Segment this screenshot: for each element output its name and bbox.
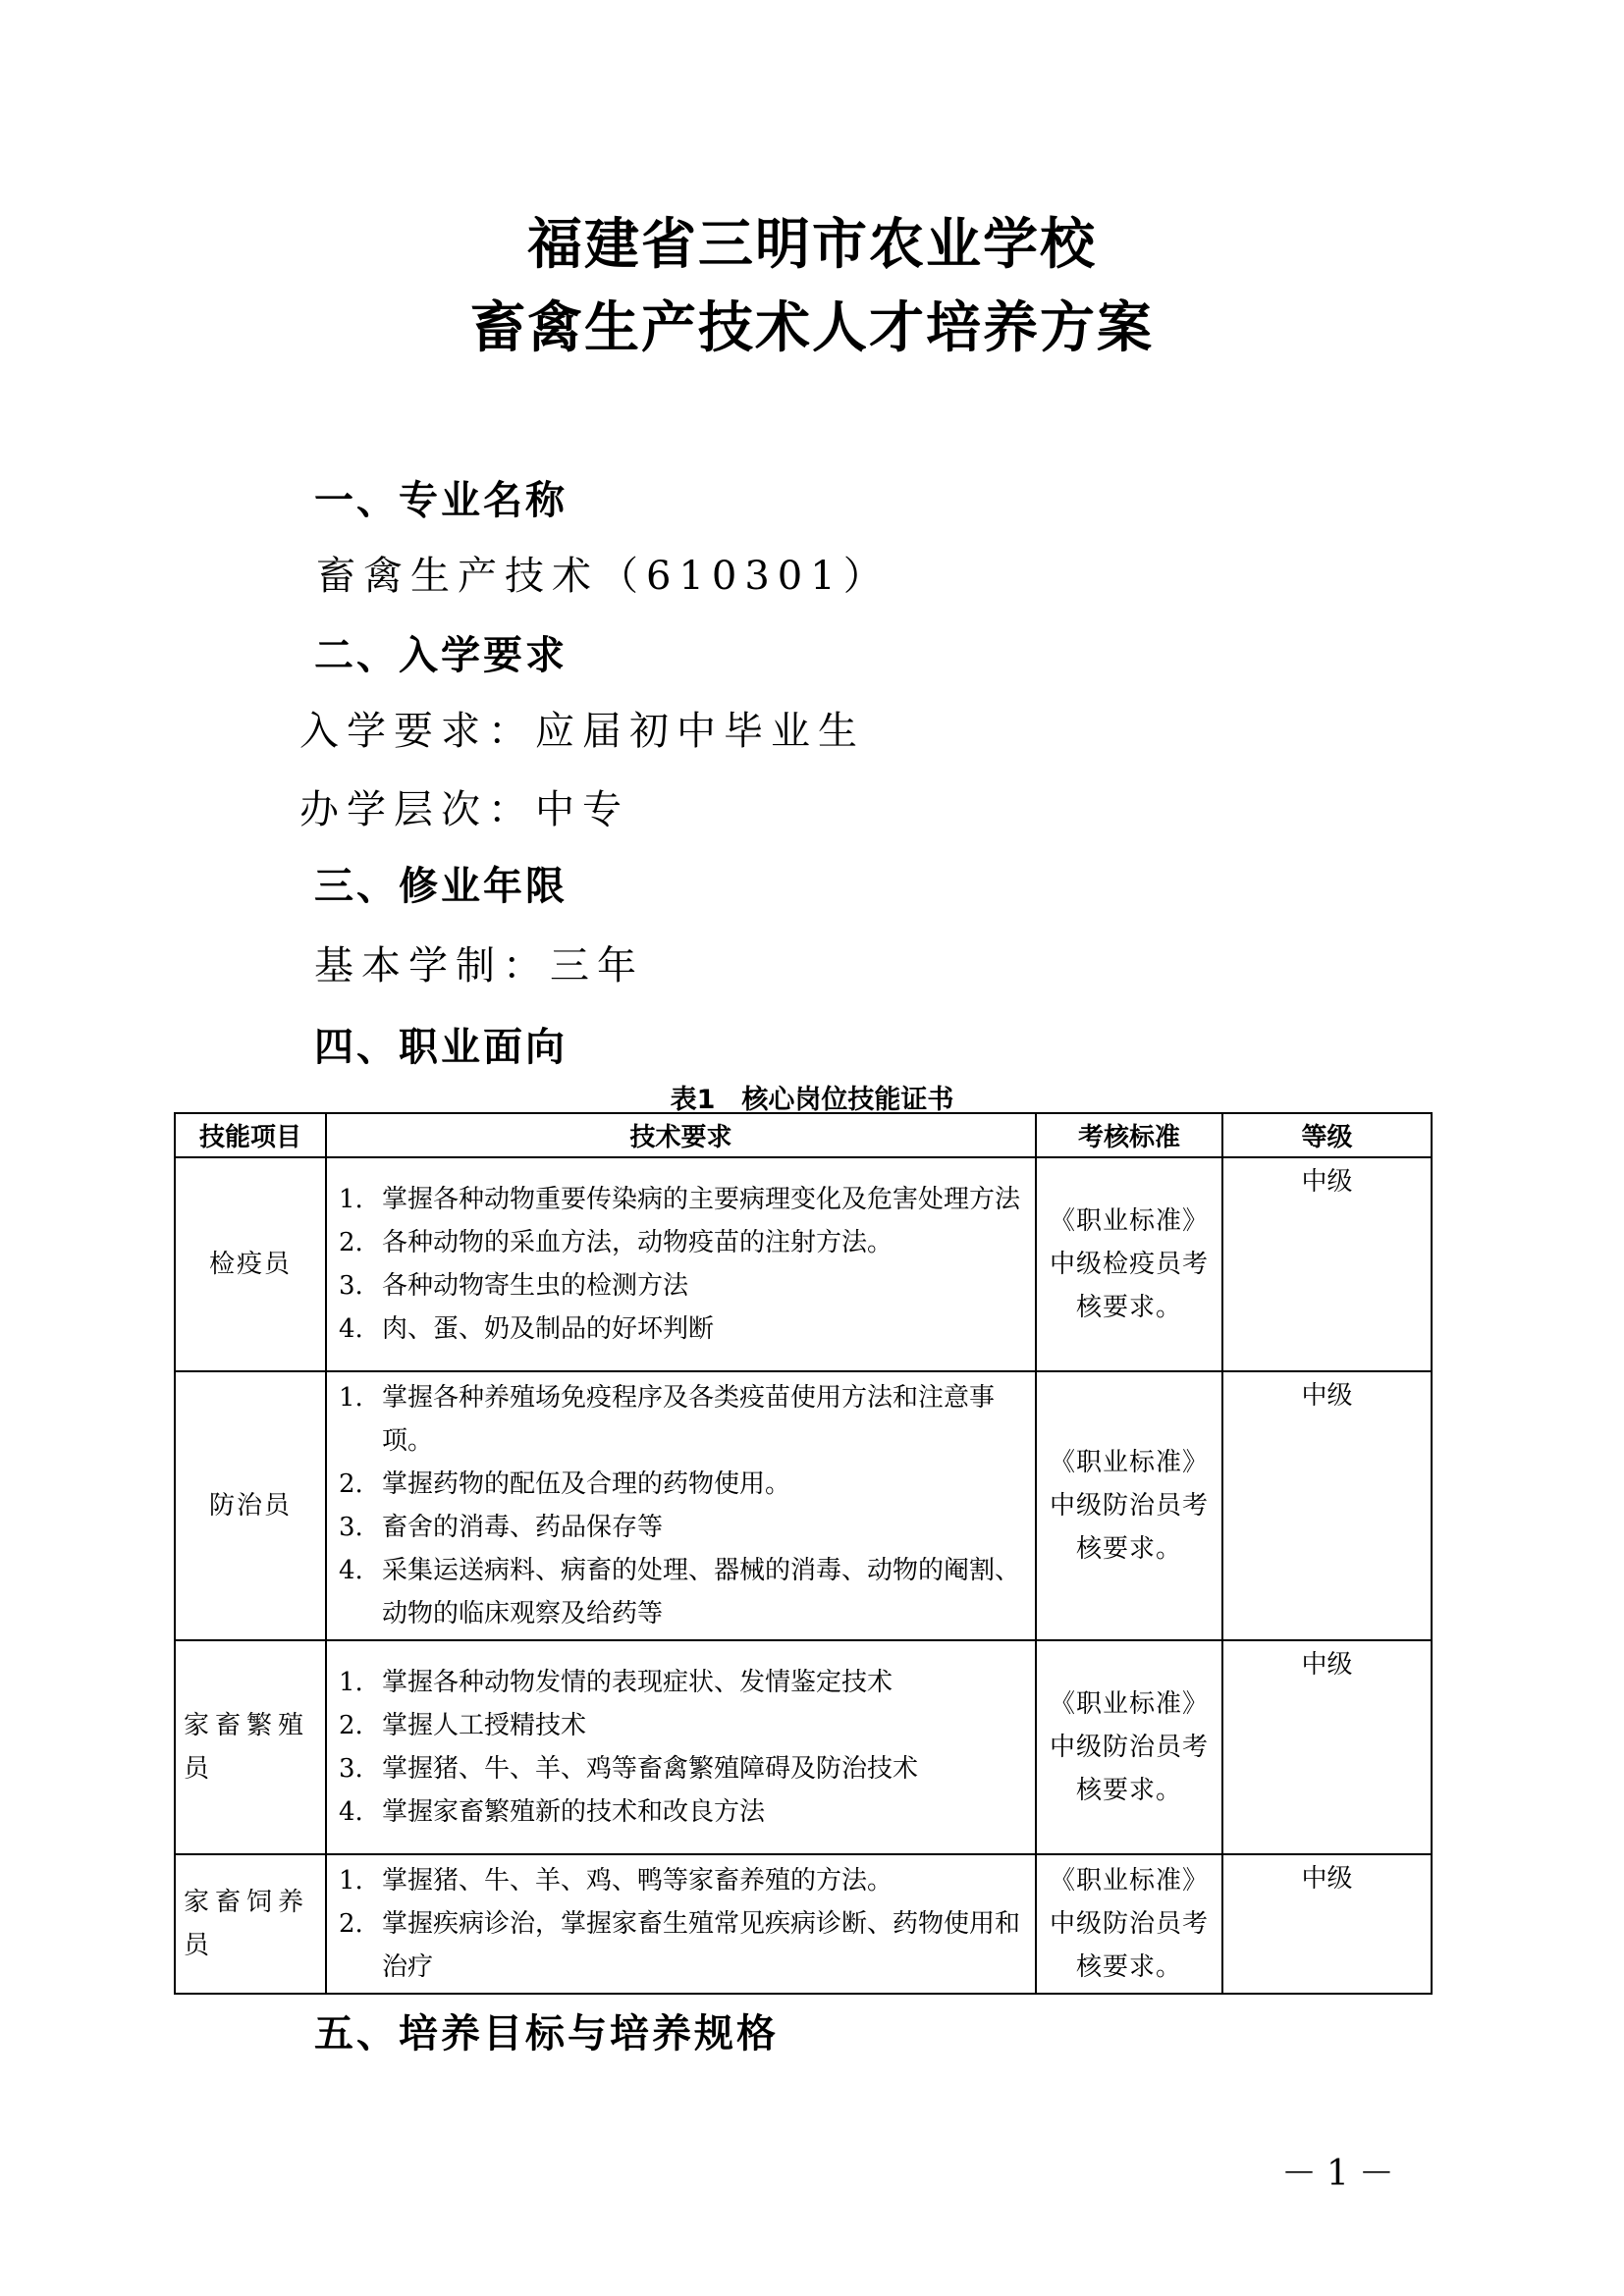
table-row: 家畜繁殖员 1.掌握各种动物发情的表现症状、发情鉴定技术 2.掌握人工授精技术 … (175, 1640, 1432, 1854)
section-heading-3: 三、修业年限 (314, 855, 568, 911)
level-cell: 中级 (1222, 1854, 1432, 1994)
requirements-cell: 1.掌握各种养殖场免疫程序及各类疫苗使用方法和注意事项。 2.掌握药物的配伍及合… (326, 1371, 1036, 1640)
header-requirements: 技术要求 (326, 1113, 1036, 1157)
table-row: 检疫员 1.掌握各种动物重要传染病的主要病理变化及危害处理方法 2.各种动物的采… (175, 1157, 1432, 1371)
requirement-item: 1.掌握猪、牛、羊、鸡、鸭等家畜养殖的方法。 (339, 1859, 1025, 1902)
section-heading-2: 二、入学要求 (314, 624, 568, 680)
requirement-item: 1.掌握各种养殖场免疫程序及各类疫苗使用方法和注意事项。 (339, 1376, 1025, 1463)
section-heading-5: 五、培养目标与培养规格 (314, 2002, 779, 2058)
standard-cell: 《职业标准》中级防治员考核要求。 (1036, 1371, 1222, 1640)
requirement-item: 4.采集运送病料、病畜的处理、器械的消毒、动物的阉割、动物的临床观察及给药等 (339, 1549, 1025, 1635)
section-text-admission: 入学要求：应届初中毕业生 (299, 700, 865, 756)
table-header-row: 技能项目 技术要求 考核标准 等级 (175, 1113, 1432, 1157)
requirements-cell: 1.掌握猪、牛、羊、鸡、鸭等家畜养殖的方法。 2.掌握疾病诊治，掌握家畜生殖常见… (326, 1854, 1036, 1994)
table-caption: 表1 核心岗位技能证书 (0, 1078, 1624, 1116)
section-text-duration: 基本学制：三年 (314, 934, 644, 990)
requirement-item: 4.肉、蛋、奶及制品的好坏判断 (339, 1308, 1025, 1351)
requirement-item: 1.掌握各种动物重要传染病的主要病理变化及危害处理方法 (339, 1178, 1025, 1221)
requirement-item: 3.各种动物寄生虫的检测方法 (339, 1264, 1025, 1308)
section-heading-1: 一、专业名称 (314, 469, 568, 525)
header-standard: 考核标准 (1036, 1113, 1222, 1157)
section-heading-4: 四、职业面向 (314, 1016, 568, 1072)
requirement-item: 3.掌握猪、牛、羊、鸡等畜禽繁殖障碍及防治技术 (339, 1747, 1025, 1790)
requirements-cell: 1.掌握各种动物重要传染病的主要病理变化及危害处理方法 2.各种动物的采血方法，… (326, 1157, 1036, 1371)
requirement-item: 2.掌握药物的配伍及合理的药物使用。 (339, 1463, 1025, 1506)
skill-cell: 防治员 (175, 1371, 326, 1640)
requirement-item: 2.各种动物的采血方法，动物疫苗的注射方法。 (339, 1221, 1025, 1264)
section-text-major: 畜禽生产技术（610301） (316, 545, 891, 601)
level-cell: 中级 (1222, 1157, 1432, 1371)
skill-cell: 检疫员 (175, 1157, 326, 1371)
header-skill: 技能项目 (175, 1113, 326, 1157)
requirement-item: 3.畜舍的消毒、药品保存等 (339, 1506, 1025, 1549)
requirement-item: 4.掌握家畜繁殖新的技术和改良方法 (339, 1790, 1025, 1834)
requirement-item: 2.掌握人工授精技术 (339, 1704, 1025, 1747)
requirement-item: 2.掌握疾病诊治，掌握家畜生殖常见疾病诊断、药物使用和治疗 (339, 1902, 1025, 1989)
table-row: 防治员 1.掌握各种养殖场免疫程序及各类疫苗使用方法和注意事项。 2.掌握药物的… (175, 1371, 1432, 1640)
level-cell: 中级 (1222, 1640, 1432, 1854)
requirement-item: 1.掌握各种动物发情的表现症状、发情鉴定技术 (339, 1661, 1025, 1704)
document-title-line1: 福建省三明市农业学校 (0, 201, 1624, 280)
skill-cell: 家畜繁殖员 (175, 1640, 326, 1854)
level-cell: 中级 (1222, 1371, 1432, 1640)
document-title-line2: 畜禽生产技术人才培养方案 (0, 285, 1624, 363)
header-level: 等级 (1222, 1113, 1432, 1157)
standard-cell: 《职业标准》中级防治员考核要求。 (1036, 1854, 1222, 1994)
skill-cell: 家畜饲养员 (175, 1854, 326, 1994)
standard-cell: 《职业标准》中级防治员考核要求。 (1036, 1640, 1222, 1854)
skills-certificate-table: 技能项目 技术要求 考核标准 等级 检疫员 1.掌握各种动物重要传染病的主要病理… (174, 1112, 1433, 1995)
standard-cell: 《职业标准》中级检疫员考核要求。 (1036, 1157, 1222, 1371)
requirements-cell: 1.掌握各种动物发情的表现症状、发情鉴定技术 2.掌握人工授精技术 3.掌握猪、… (326, 1640, 1036, 1854)
page-number: －1－ (1281, 2146, 1404, 2196)
section-text-level: 办学层次：中专 (299, 778, 629, 834)
table-row: 家畜饲养员 1.掌握猪、牛、羊、鸡、鸭等家畜养殖的方法。 2.掌握疾病诊治，掌握… (175, 1854, 1432, 1994)
